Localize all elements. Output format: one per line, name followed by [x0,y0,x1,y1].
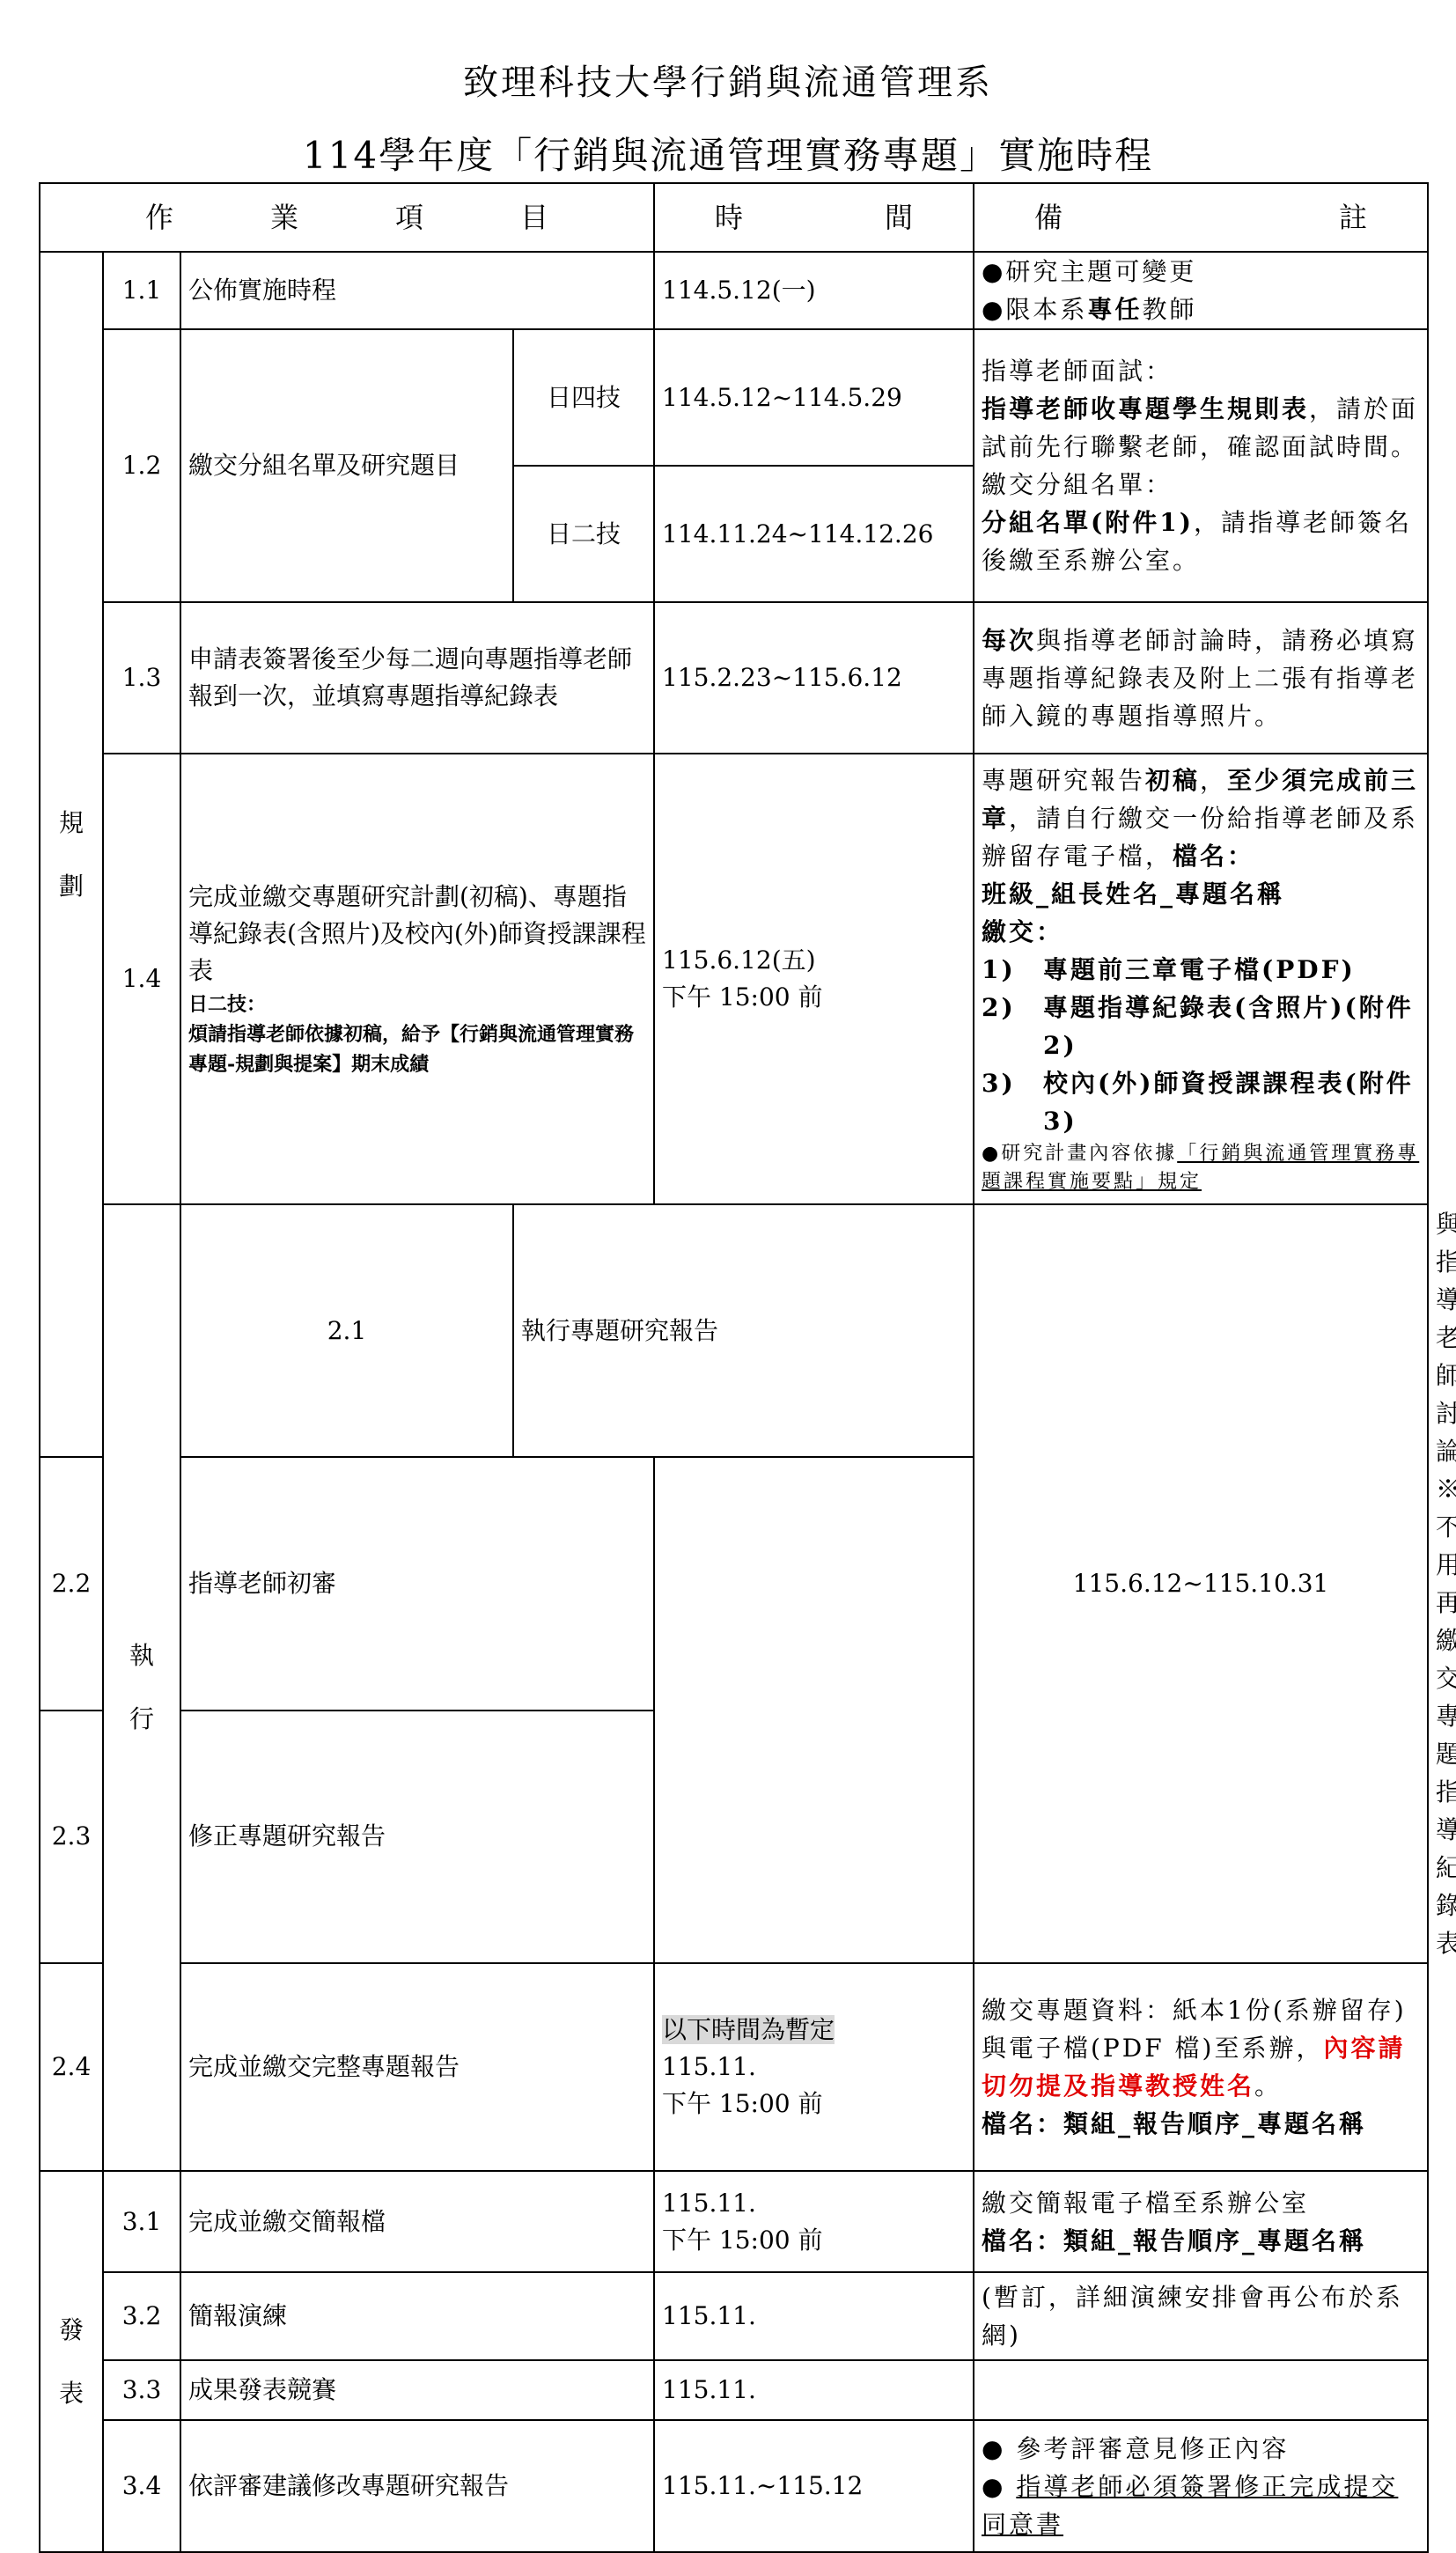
note-cell: 繳交專題資料：紙本1份(系辦留存)與電子檔(PDF 檔)至系辦，內容請切勿提及指… [974,1963,1428,2171]
task-name: 執行專題研究報告 [513,1204,974,1457]
column-header-item: 作 業 項 目 [40,183,654,252]
note-cell: 專題研究報告初稿，至少須完成前三章，請自行繳交一份給指導老師及系辦留存電子檔，檔… [974,754,1428,1204]
note-cell: ●研究主題可變更 ●限本系專任教師 [974,252,1428,329]
row-number: 3.3 [103,2360,180,2420]
time-value: 115.11. 下午 15:00 前 [654,2171,974,2272]
time-value: 115.6.12(五) 下午 15:00 前 [654,754,974,1204]
track-label: 日四技 [513,329,654,466]
time-value: 115.11. [654,2272,974,2360]
filename-format: 檔名：類組_報告順序_專題名稱 [982,2105,1420,2143]
task-name: 依評審建議修改專題研究報告 [180,2420,654,2552]
column-header-time: 時 間 [654,183,974,252]
table-header-row: 作 業 項 目 時 間 備 註 [40,183,1428,252]
time-value: 114.5.12~114.5.29 [654,329,974,466]
document-title-schedule: 114學年度「行銷與流通管理實務專題」實施時程 [0,127,1456,180]
task-name: 簡報演練 [180,2272,654,2360]
row-number: 1.2 [103,329,180,602]
tentative-badge: 以下時間為暫定 [662,2015,835,2044]
row-number: 3.2 [103,2272,180,2360]
table-row: 1.2 繳交分組名單及研究題目 日四技 114.5.12~114.5.29 指導… [40,329,1428,466]
task-name: 申請表簽署後至少每二週向專題指導老師報到一次，並填寫專題指導紀錄表 [180,602,654,754]
task-name: 繳交分組名單及研究題目 [180,329,513,602]
table-row: 2.4 完成並繳交完整專題報告 以下時間為暫定 115.11. 下午 15:00… [40,1963,1428,2171]
task-name: 指導老師初審 [180,1457,654,1710]
row-number: 2.4 [40,1963,103,2171]
category-planning: 規 劃 [40,252,103,1457]
time-value: 115.11.~115.12 [654,2420,974,2552]
document-title-department: 致理科技大學行銷與流通管理系 [0,55,1456,105]
time-value: 114.11.24~114.12.26 [654,466,974,602]
time-value: 115.6.12~115.10.31 [974,1204,1428,1963]
list-item: 2)專題指導紀錄表(含照片)(附件2) [982,989,1420,1064]
row-number: 2.1 [180,1204,513,1457]
note-cell: 繳交簡報電子檔至系辦公室 檔名：類組_報告順序_專題名稱 [974,2171,1428,2272]
row-number: 3.4 [103,2420,180,2552]
track-label: 日二技 [513,466,654,602]
task-name: 完成並繳交專題研究計劃(初稿)、專題指導紀錄表(含照片)及校內(外)師資授課課程… [180,754,654,1204]
note-cell [974,2360,1428,2420]
table-row: 3.3 成果發表競賽 115.11. [40,2360,1428,2420]
row-number: 3.1 [103,2171,180,2272]
row-number: 2.3 [40,1711,103,1963]
table-row: 1.3 申請表簽署後至少每二週向專題指導老師報到一次，並填寫專題指導紀錄表 11… [40,602,1428,754]
submission-list: 1)專題前三章電子檔(PDF) 2)專題指導紀錄表(含照片)(附件2) 3)校內… [982,951,1420,1140]
consent-requirement: 指導老師必須簽署修正完成提交同意書 [982,2472,1398,2539]
list-item: 1)專題前三章電子檔(PDF) [982,951,1420,989]
table-row: 執 行 2.1 執行專題研究報告 115.6.12~115.10.31 與指導老… [40,1204,1428,1457]
note-cell: 每次與指導老師討論時，請務必填寫專題指導紀錄表及附上二張有指導老師入鏡的專題指導… [974,602,1428,754]
category-presentation: 發 表 [40,2171,103,2552]
task-name: 成果發表競賽 [180,2360,654,2420]
note-cell: 指導老師面試： 指導老師收專題學生規則表，請於面試前先行聯繫老師，確認面試時間。… [974,329,1428,602]
time-value: 115.11. [654,2360,974,2420]
row-number: 1.3 [103,602,180,754]
filename-format: 檔名：類組_報告順序_專題名稱 [982,2222,1420,2260]
time-value: 以下時間為暫定 115.11. 下午 15:00 前 [654,1963,974,2171]
schedule-table: 作 業 項 目 時 間 備 註 規 劃 1.1 公佈實施時程 114.5.12( [39,182,1429,2553]
task-name: 完成並繳交完整專題報告 [180,1963,654,2171]
row-number: 2.2 [40,1457,103,1710]
note-cell: (暫訂，詳細演練安排會再公布於系網) [974,2272,1428,2360]
row-number: 1.1 [103,252,180,329]
table-row: 規 劃 1.1 公佈實施時程 114.5.12(一) ●研究主題可變更 ●限本系… [40,252,1428,329]
row-number: 1.4 [103,754,180,1204]
task-name: 公佈實施時程 [180,252,654,329]
task-name: 完成並繳交簡報檔 [180,2171,654,2272]
time-value: 114.5.12(一) [654,252,974,329]
table-row: 發 表 3.1 完成並繳交簡報檔 115.11. 下午 15:00 前 繳交簡報… [40,2171,1428,2272]
table-row: 1.4 完成並繳交專題研究計劃(初稿)、專題指導紀錄表(含照片)及校內(外)師資… [40,754,1428,1204]
table-row: 3.2 簡報演練 115.11. (暫訂，詳細演練安排會再公布於系網) [40,2272,1428,2360]
time-value: 115.2.23~115.6.12 [654,602,974,754]
table-row: 3.4 依評審建議修改專題研究報告 115.11.~115.12 ● 參考評審意… [40,2420,1428,2552]
category-execution: 執 行 [103,1204,180,2171]
filename-format: 班級_組長姓名_專題名稱 [982,875,1420,913]
note-cell: ● 參考評審意見修正內容 ● 指導老師必須簽署修正完成提交同意書 [974,2420,1428,2552]
column-header-note: 備 註 [974,183,1428,252]
list-item: 3)校內(外)師資授課課程表(附件3) [982,1064,1420,1140]
task-name: 修正專題研究報告 [180,1711,654,1963]
